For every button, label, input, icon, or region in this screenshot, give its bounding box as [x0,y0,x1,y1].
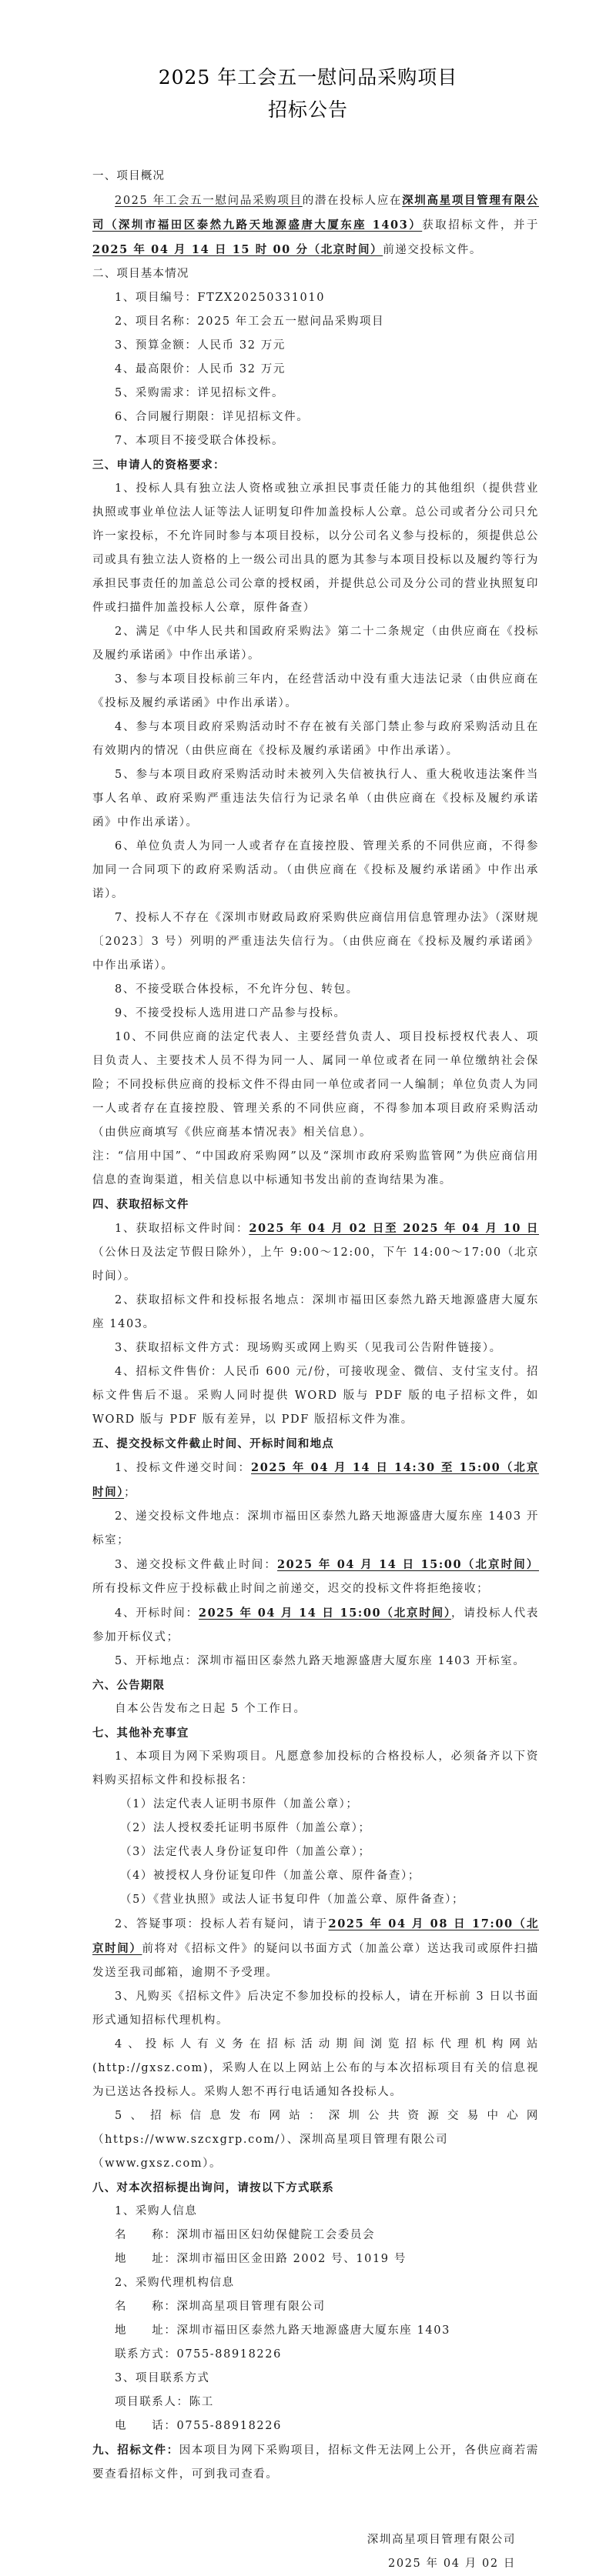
project-contact-title: 3、项目联系方式 [92,2367,539,2391]
submission-deadline-item: 3、递交投标文件截止时间：2025 年 04 月 14 日 15:00（北京时间… [92,1553,539,1601]
section-heading: 五、提交投标文件截止时间、开标时间和地点 [92,1432,539,1456]
document-subtitle: 招标公告 [77,94,539,126]
submission-time-label: 1、投标文件递交时间： [115,1462,251,1474]
submission-deadline: 2025 年 04 月 14 日 15 时 00 分（北京时间） [92,243,383,256]
section-submission-opening: 五、提交投标文件截止时间、开标时间和地点 1、投标文件递交时间：2025 年 0… [92,1432,539,1673]
qualification-item: 2、满足《中华人民共和国政府采购法》第二十二条规定（由供应商在《投标及履约承诺函… [92,620,539,668]
qualification-item: 3、参与本项目投标前三年内，在经营活动中没有重大违法记录（由供应商在《投标及履约… [92,668,539,716]
consortium-policy: 7、本项目不接受联合体投标。 [92,429,539,453]
required-document: （2）法人授权委托证明书原件（加盖公章）； [92,1817,539,1840]
obtain-time-detail: （公休日及法定节假日除外），上午 9:00～12:00，下午 14:00～17:… [92,1246,539,1283]
obtain-date-range: 2025 年 04 月 02 日至 2025 年 04 月 10 日 [249,1222,539,1235]
qualification-item: 9、不接受投标人选用进口产品参与投标。 [92,1002,539,1026]
qualification-item: 5、参与本项目政府采购活动时未被列入失信被执行人、重大税收违法案件当事人名单、政… [92,763,539,835]
agency-name: 名 称：深圳高星项目管理有限公司 [92,2295,539,2319]
qualification-item: 4、参与本项目政府采购活动时不存在被有关部门禁止参与政府采购活动且在有效期内的情… [92,716,539,763]
qa-label: 2、答疑事项：投标人若有疑问，请于 [115,1918,329,1930]
qualification-item: 7、投标人不存在《深圳市财政局政府采购供应商信用信息管理办法》（深财规〔2023… [92,906,539,978]
purchaser-address: 地 址：深圳市福田区金田路 2002 号、1019 号 [92,2247,539,2271]
document-title: 2025 年工会五一慰问品采购项目 [77,62,539,94]
publication-websites-line1: 5、招标信息发布网站：深圳公共资源交易中心网 [92,2104,539,2128]
website-obligation: 4、投标人有义务在招标活动期间浏览招标代理机构网站(http://gxsz.co… [92,2033,539,2104]
opening-time-label: 4、开标时间： [115,1607,199,1620]
submission-time: 1、投标文件递交时间：2025 年 04 月 14 日 14:30 至 15:0… [92,1456,539,1505]
deadline-value: 2025 年 04 月 14 日 15:00（北京时间） [277,1558,539,1571]
procurement-requirements: 5、采购需求：详见招标文件。 [92,382,539,405]
opening-time-value: 2025 年 04 月 14 日 15:00（北京时间） [199,1607,451,1620]
project-number: 1、项目编号：FTZX20250331010 [92,286,539,310]
section-qualifications: 三、申请人的资格要求： 1、投标人具有独立法人资格或独立承担民事责任能力的其他组… [92,453,539,1193]
overview-paragraph: 2025 年工会五一慰问品采购项目的潜在投标人应在深圳高星项目管理有限公司（深圳… [92,189,539,262]
section-heading: 一、项目概况 [92,165,539,189]
max-price: 4、最高限价：人民币 32 万元 [92,358,539,382]
qa-item: 2、答疑事项：投标人若有疑问，请于2025 年 04 月 08 日 17:00（… [92,1912,539,1985]
section-project-overview: 一、项目概况 2025 年工会五一慰问品采购项目的潜在投标人应在深圳高星项目管理… [92,165,539,262]
contract-period: 6、合同履行期限：详见招标文件。 [92,405,539,429]
overview-text: 获取招标文件，并于 [422,219,539,232]
punctuation: ； [124,1487,136,1499]
agency-info-title: 2、采购代理机构信息 [92,2271,539,2295]
credit-check-note: 注：“信用中国”、“中国政府采购网”以及“深圳市政府采购监管网”为供应商信用信息… [92,1145,539,1193]
project-name: 2、项目名称：2025 年工会五一慰问品采购项目 [92,310,539,334]
tender-documents-paragraph: 九、招标文件：因本项目为网下采购项目，招标文件无法网上公开，各供应商若需要查看招… [92,2438,539,2487]
opening-time: 4、开标时间：2025 年 04 月 14 日 15:00（北京时间），请投标人… [92,1601,539,1650]
required-document: （4）被授权人身份证复印件（加盖公章、原件备查）； [92,1864,539,1888]
withdrawal-notice: 3、凡购买《招标文件》后决定不参加投标的投标人，请在开标前 3 日以书面形式通知… [92,1985,539,2033]
signature-block: 深圳高星项目管理有限公司 2025 年 04 月 02 日 [92,2528,539,2576]
qualification-item: 1、投标人具有独立法人资格或独立承担民事责任能力的其他组织（提供营业执照或事业单… [92,477,539,620]
obtain-time-label: 1、获取招标文件时间： [115,1223,249,1235]
agency-contact: 联系方式：0755-88918226 [92,2343,539,2367]
issue-date: 2025 年 04 月 02 日 [92,2552,516,2576]
section-heading: 二、项目基本情况 [92,262,539,286]
qualification-item: 8、不接受联合体投标，不允许分包、转包。 [92,978,539,1002]
section-tender-documents: 九、招标文件：因本项目为网下采购项目，招标文件无法网上公开，各供应商若需要查看招… [92,2438,539,2487]
deadline-detail: 所有投标文件应于投标截止时间之前递交，迟交的投标文件将拒绝接收； [92,1583,489,1595]
section-project-basics: 二、项目基本情况 1、项目编号：FTZX20250331010 2、项目名称：2… [92,262,539,453]
qualification-item: 10、不同供应商的法定代表人、主要经营负责人、项目投标授权代表人、项目负责人、主… [92,1026,539,1145]
section-heading: 九、招标文件： [92,2444,179,2457]
opening-location: 5、开标地点：深圳市福田区泰然九路天地源盛唐大厦东座 1403 开标室。 [92,1650,539,1673]
required-document: （1）法定代表人证明书原件（加盖公章）； [92,1793,539,1817]
announcement-period-text: 自本公告发布之日起 5 个工作日。 [92,1697,539,1721]
section-heading: 七、其他补充事宜 [92,1721,539,1745]
required-document: （3）法定代表人身份证复印件（加盖公章）； [92,1840,539,1864]
agency-address: 地 址：深圳市福田区泰然九路天地源盛唐大厦东座 1403 [92,2319,539,2343]
section-heading: 六、公告期限 [92,1673,539,1697]
offline-procurement-note: 1、本项目为网下采购项目。凡愿意参加投标的合格投标人，必须备齐以下资料购买招标文… [92,1745,539,1793]
purchaser-info-title: 1、采购人信息 [92,2200,539,2224]
publication-websites-line2: （https://www.szcxgrp.com/）、深圳高星项目管理有限公司（… [92,2128,539,2176]
budget-amount: 3、预算金额：人民币 32 万元 [92,334,539,358]
section-heading: 八、对本次招标提出询问，请按以下方式联系 [92,2176,539,2200]
project-contact-person: 项目联系人：陈工 [92,2391,539,2414]
project-name-underlined: 2025 年工会五一慰问品采购项目 [115,195,303,207]
tender-announcement-page: 2025 年工会五一慰问品采购项目 招标公告 一、项目概况 2025 年工会五一… [0,0,616,2576]
section-announcement-period: 六、公告期限 自本公告发布之日起 5 个工作日。 [92,1673,539,1721]
project-phone: 电 话：0755-88918226 [92,2414,539,2438]
issuer-company: 深圳高星项目管理有限公司 [92,2528,516,2552]
qa-detail: 前将对《招标文件》的疑问以书面方式（加盖公章）送达我司或原件扫描发送至我司邮箱，… [92,1943,539,1979]
overview-text: 前递交投标文件。 [383,244,482,256]
obtain-time: 1、获取招标文件时间：2025 年 04 月 02 日至 2025 年 04 月… [92,1216,539,1289]
document-price: 4、招标文件售价：人民币 600 元/份，可接收现金、微信、支付宝支付。招标文件… [92,1360,539,1432]
section-supplementary: 七、其他补充事宜 1、本项目为网下采购项目。凡愿意参加投标的合格投标人，必须备齐… [92,1721,539,2176]
deadline-label: 3、递交投标文件截止时间： [115,1559,277,1571]
qualification-item: 6、单位负责人为同一人或者存在直接控股、管理关系的不同供应商，不得参加同一合同项… [92,835,539,906]
submission-location: 2、递交投标文件地点：深圳市福田区泰然九路天地源盛唐大厦东座 1403 开标室； [92,1505,539,1553]
section-contacts: 八、对本次招标提出询问，请按以下方式联系 1、采购人信息 名 称：深圳市福田区妇… [92,2176,539,2438]
obtain-location: 2、获取招标文件和投标报名地点：深圳市福田区泰然九路天地源盛唐大厦东座 1403… [92,1289,539,1336]
section-obtain-documents: 四、获取招标文件 1、获取招标文件时间：2025 年 04 月 02 日至 20… [92,1193,539,1432]
required-document: （5）《营业执照》或法人证书复印件（加盖公章、原件备查）； [92,1888,539,1912]
section-heading: 三、申请人的资格要求： [92,453,539,477]
section-heading: 四、获取招标文件 [92,1193,539,1216]
overview-text: 的潜在投标人应在 [303,195,402,207]
purchaser-name: 名 称：深圳市福田区妇幼保健院工会委员会 [92,2224,539,2247]
obtain-method: 3、获取招标文件方式：现场购买或网上购买（见我司公告附件链接）。 [92,1336,539,1360]
